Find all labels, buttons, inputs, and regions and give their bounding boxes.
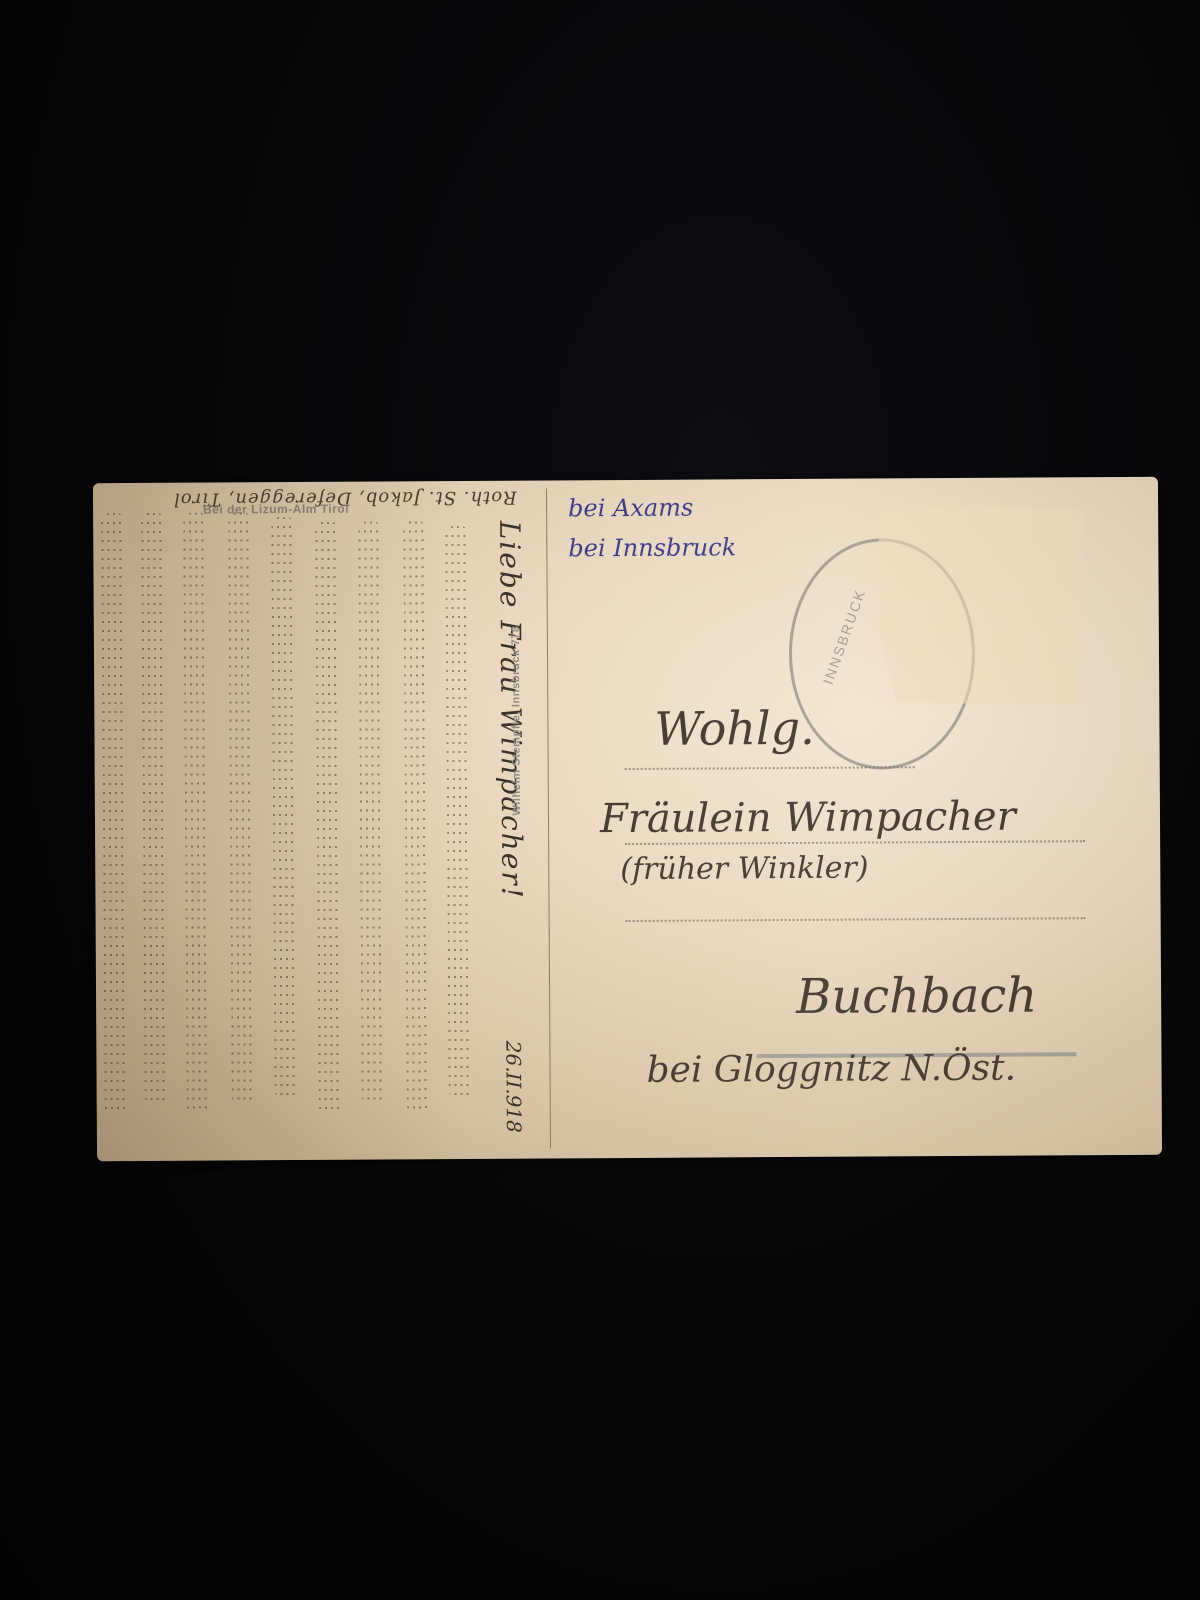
printed-caption: Bei der Lizum-Alm Tirol: [203, 502, 349, 517]
blue-ink-note-line-1: bei Axams: [568, 494, 693, 523]
removed-stamp-area: [878, 505, 1084, 706]
handwriting-line: [358, 522, 384, 1102]
handwriting-line: [403, 521, 429, 1111]
handwriting-line: [101, 513, 127, 1113]
handwriting-line: [183, 513, 209, 1113]
handwriting-line: [315, 522, 341, 1112]
handwriting-line: [271, 517, 297, 1097]
address-region: bei Gloggnitz N.Öst.: [646, 1048, 1016, 1091]
handwriting-line: [445, 526, 470, 1096]
address-line: [625, 766, 915, 770]
handwriting-line: [228, 512, 254, 1102]
address-recipient-name: Fräulein Wimpacher: [600, 794, 1016, 843]
message-side: Roth. St. Jakob, Defereggen, Tirol Bei d…: [93, 480, 550, 1161]
postcard: Roth. St. Jakob, Defereggen, Tirol Bei d…: [93, 477, 1162, 1161]
address-line: [626, 917, 1086, 922]
address-salutation: Wohlg.: [654, 701, 815, 756]
blue-ink-note-line-2: bei Innsbruck: [568, 533, 736, 562]
publisher-imprint: Wilhelm Stempfle, Innsbruck 778: [510, 625, 523, 815]
address-town: Buchbach: [796, 968, 1037, 1025]
date: 26.II.918: [501, 1041, 526, 1133]
address-recipient-note: (früher Winkler): [620, 851, 868, 888]
handwriting-line: [141, 513, 167, 1103]
